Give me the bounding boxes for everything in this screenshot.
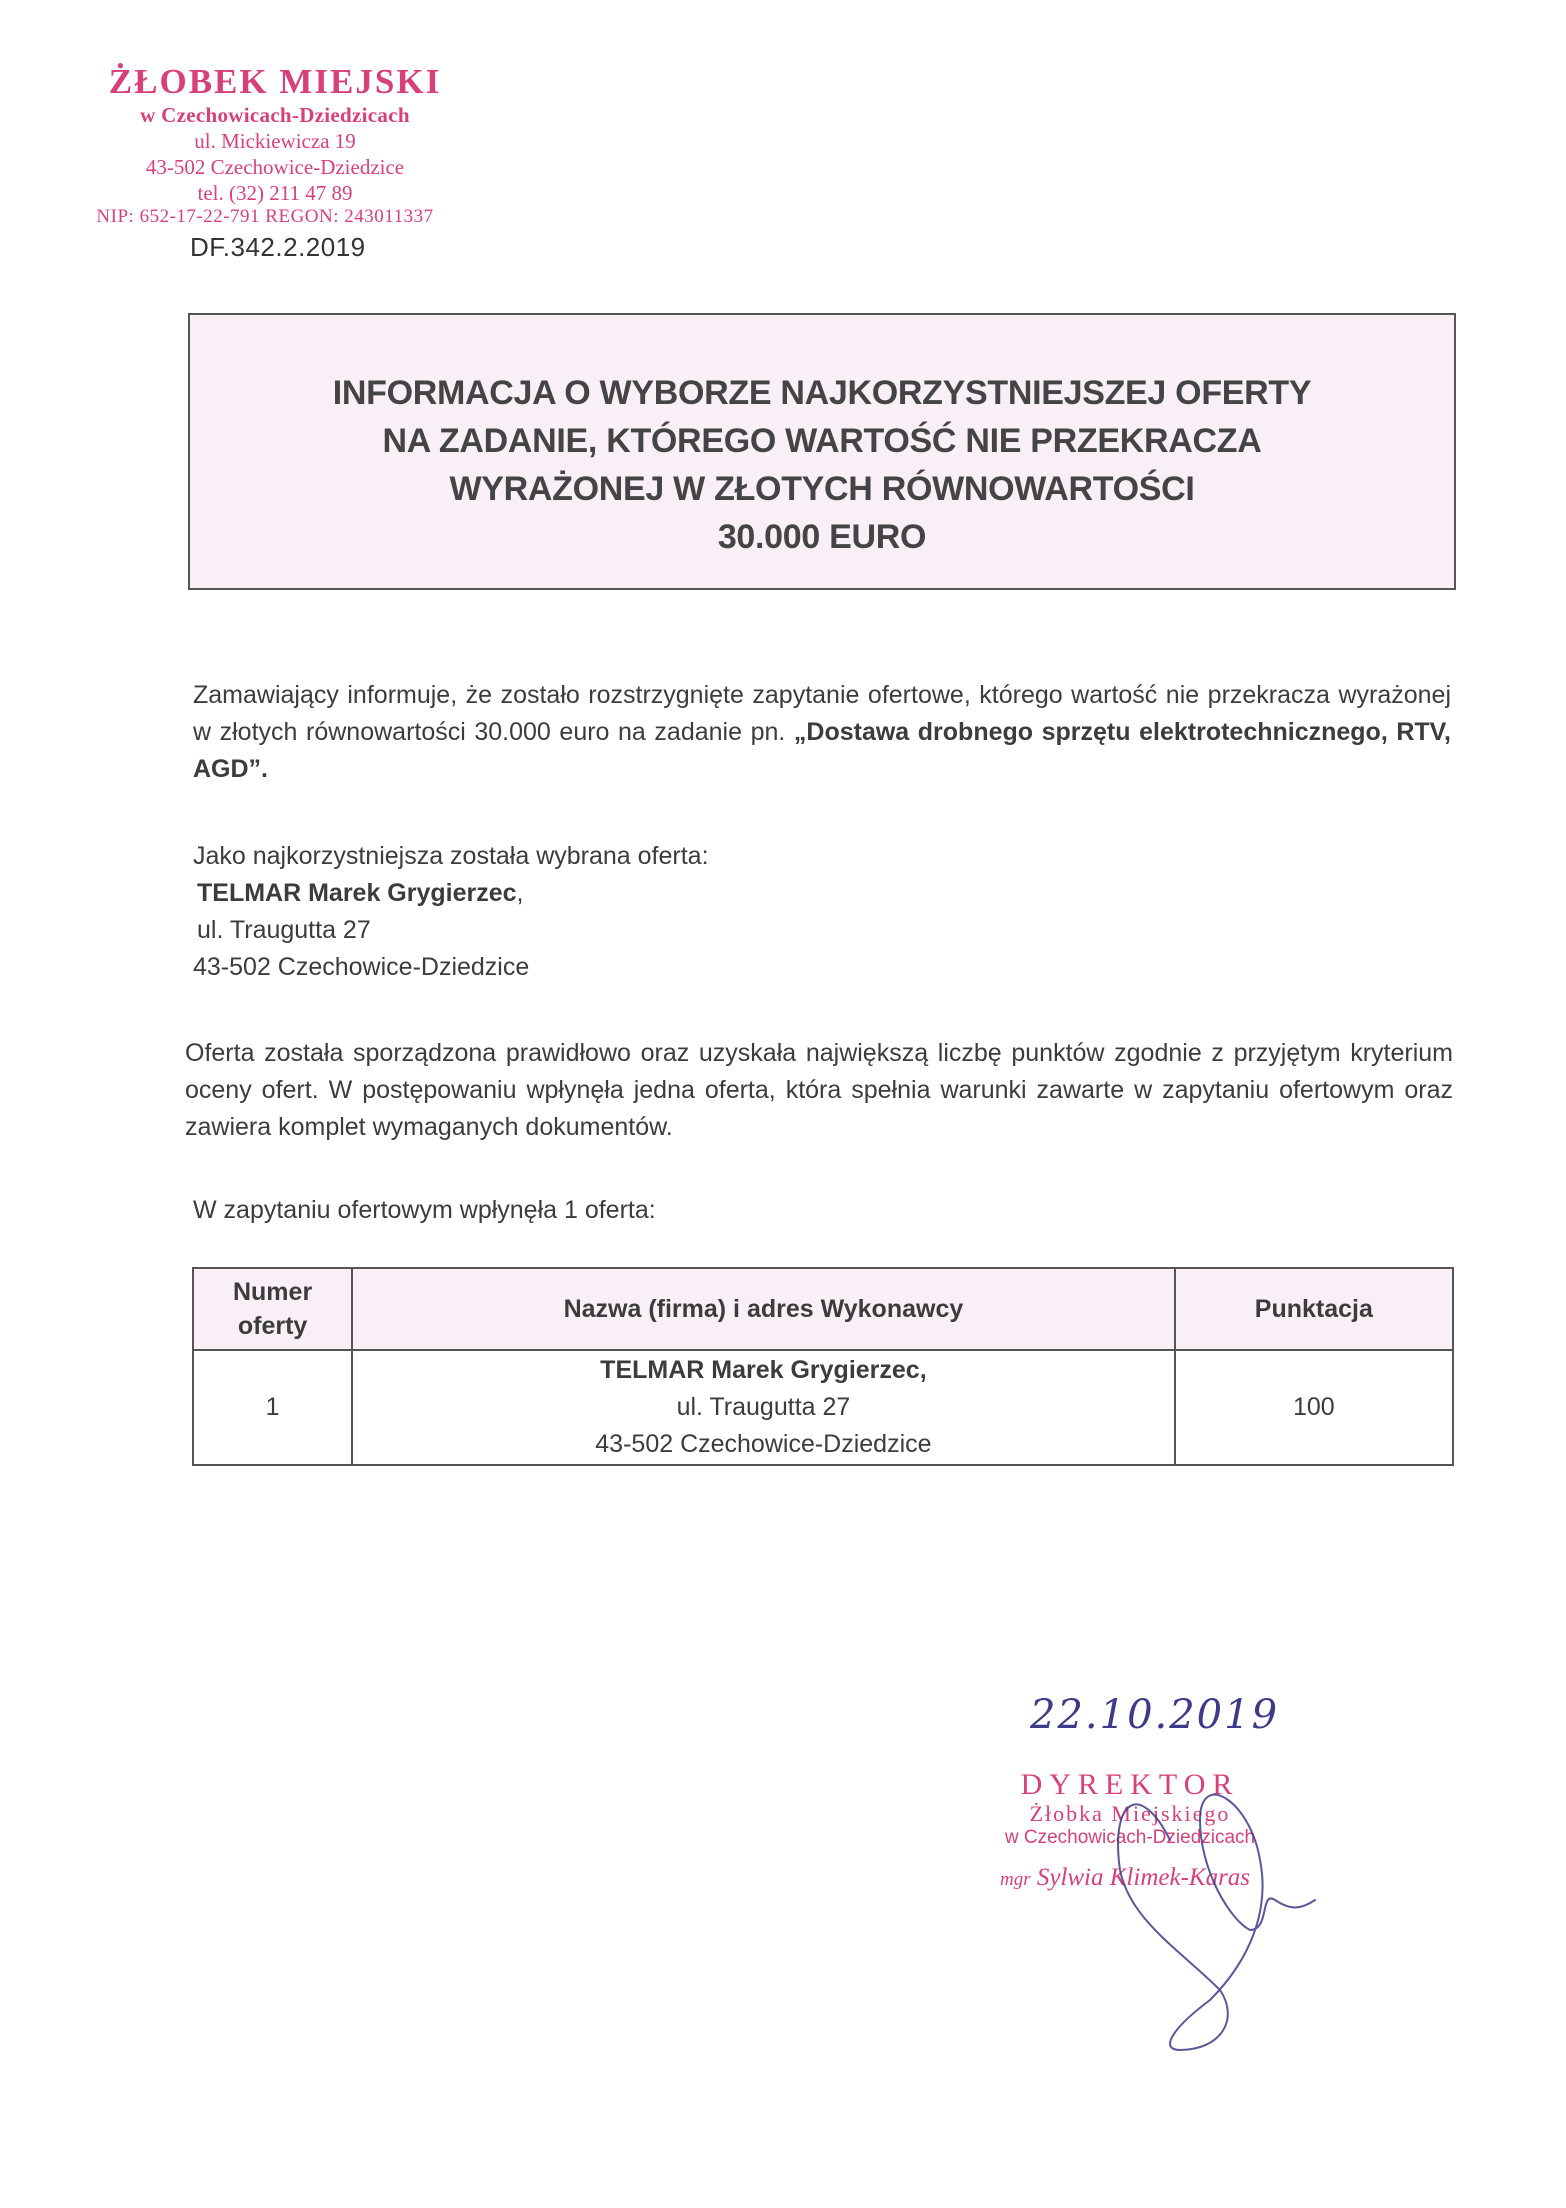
contractor-street: ul. Traugutta 27 xyxy=(354,1389,1173,1426)
title-line: WYRAŻONEJ W ZŁOTYCH RÓWNOWARTOŚCI xyxy=(190,465,1454,513)
stamp-street: ul. Mickiewicza 19 xyxy=(50,128,500,154)
contractor-name: TELMAR Marek Grygierzec, xyxy=(354,1352,1173,1389)
table-header-row: Numer oferty Nazwa (firma) i adres Wykon… xyxy=(193,1268,1453,1350)
document-title: INFORMACJA O WYBORZE NAJKORZYSTNIEJSZEJ … xyxy=(190,369,1454,561)
winner-comma: , xyxy=(517,879,524,907)
cell-offer-number: 1 xyxy=(193,1350,352,1465)
justification-paragraph: Oferta została sporządzona prawidłowo or… xyxy=(185,1035,1453,1146)
offers-count-text: W zapytaniu ofertowym wpłynęła 1 oferta: xyxy=(193,1192,656,1229)
intro-paragraph: Zamawiający informuje, że zostało rozstr… xyxy=(193,677,1451,788)
stamp-name: ŻŁOBEK MIEJSKI xyxy=(50,62,500,102)
winner-name: TELMAR Marek Grygierzec xyxy=(197,879,517,907)
title-box: INFORMACJA O WYBORZE NAJKORZYSTNIEJSZEJ … xyxy=(188,313,1456,590)
handwritten-signature-icon xyxy=(1100,1760,1360,2060)
stamp-phone: tel. (32) 211 47 89 xyxy=(50,180,500,206)
handwritten-date: 22.10.2019 xyxy=(1030,1692,1279,1738)
table-row: 1 TELMAR Marek Grygierzec, ul. Traugutta… xyxy=(193,1350,1453,1465)
director-prefix: mgr xyxy=(1000,1869,1031,1890)
winner-section: Jako najkorzystniejsza została wybrana o… xyxy=(193,838,1093,986)
offers-table: Numer oferty Nazwa (firma) i adres Wykon… xyxy=(192,1267,1454,1466)
winner-intro: Jako najkorzystniejsza została wybrana o… xyxy=(193,838,1093,875)
stamp-ids: NIP: 652-17-22-791 REGON: 243011337 xyxy=(30,206,500,228)
contractor-city: 43-502 Czechowice-Dziedzice xyxy=(354,1426,1173,1463)
title-line: 30.000 EURO xyxy=(190,513,1454,561)
institution-stamp: ŻŁOBEK MIEJSKI w Czechowicach-Dziedzicac… xyxy=(50,62,500,228)
header-score: Punktacja xyxy=(1175,1268,1453,1350)
header-contractor: Nazwa (firma) i adres Wykonawcy xyxy=(352,1268,1175,1350)
winner-street: ul. Traugutta 27 xyxy=(193,912,1093,949)
winner-city: 43-502 Czechowice-Dziedzice xyxy=(193,949,1093,986)
header-offer-number: Numer oferty xyxy=(193,1268,352,1350)
stamp-subtitle: w Czechowicach-Dziedzicach xyxy=(50,102,500,128)
title-line: INFORMACJA O WYBORZE NAJKORZYSTNIEJSZEJ … xyxy=(190,369,1454,417)
title-line: NA ZADANIE, KTÓREGO WARTOŚĆ NIE PRZEKRAC… xyxy=(190,417,1454,465)
stamp-city: 43-502 Czechowice-Dziedzice xyxy=(50,154,500,180)
cell-contractor: TELMAR Marek Grygierzec, ul. Traugutta 2… xyxy=(352,1350,1175,1465)
document-number: DF.342.2.2019 xyxy=(190,232,366,263)
cell-score: 100 xyxy=(1175,1350,1453,1465)
